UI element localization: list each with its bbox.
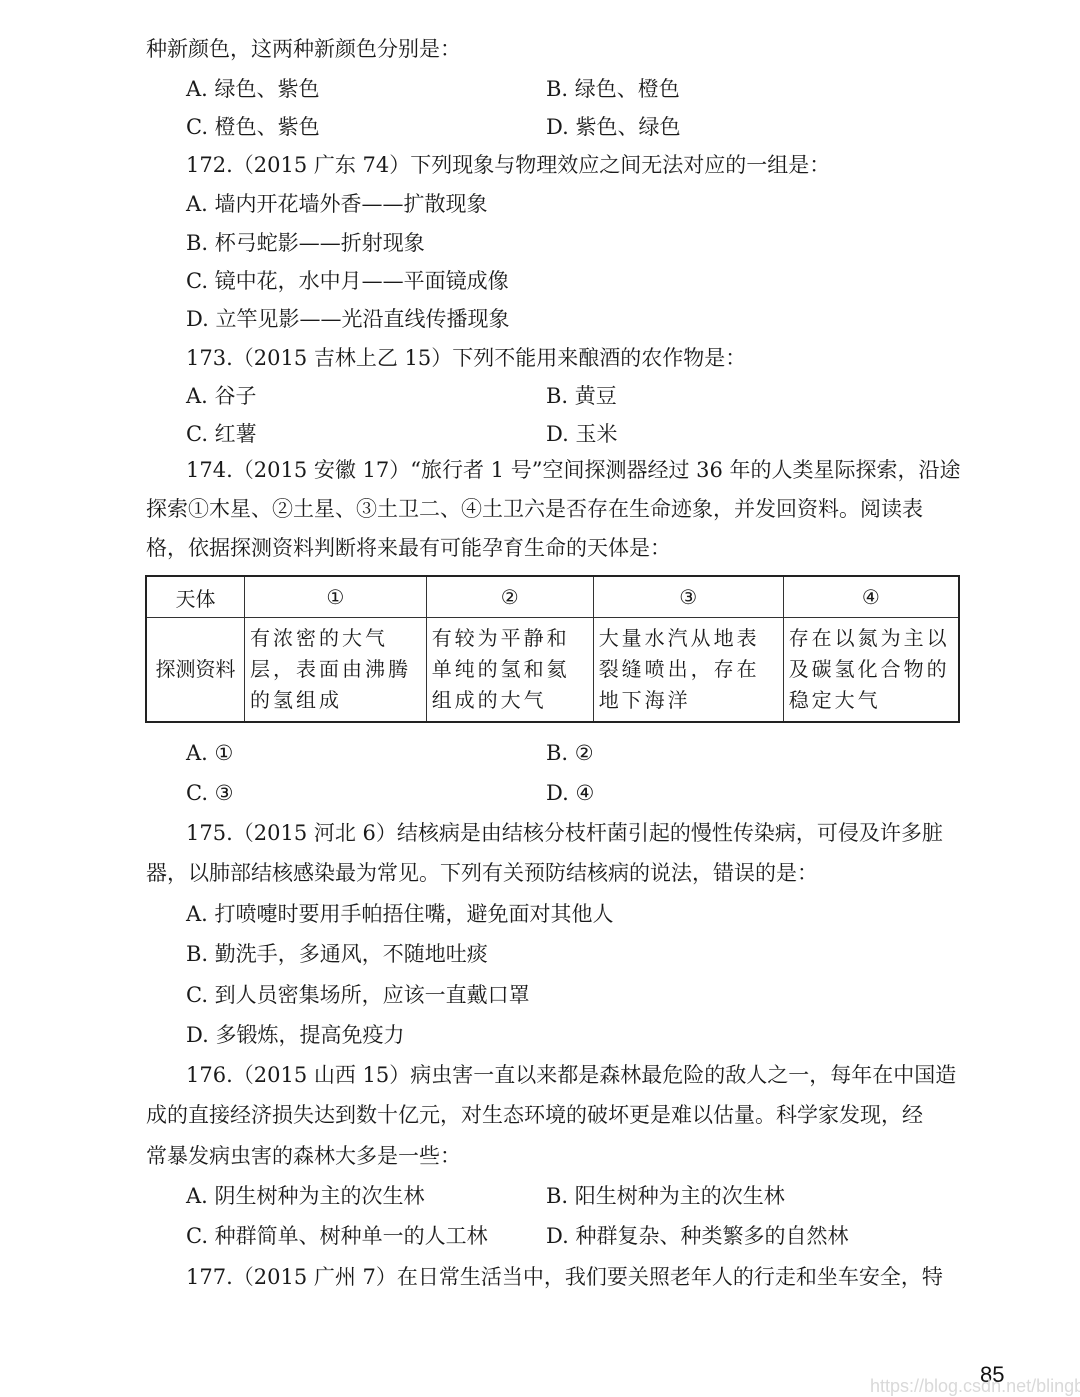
option-b: B. 绿色、橙色 <box>546 74 680 104</box>
table-row: 探测资料 有浓密的大气层，表面由沸腾的氢组成 有较为平静和单纯的氢和氦组成的大气… <box>146 618 959 723</box>
q174-option-d: D. ④ <box>546 778 594 808</box>
table-header-cell: ④ <box>783 576 959 618</box>
q175-stem-line2: 器，以肺部结核感染最为常见。下列有关预防结核病的说法，错误的是： <box>146 858 818 888</box>
option-d: D. 紫色、绿色 <box>546 112 680 142</box>
table-row-label: 探测资料 <box>146 618 245 723</box>
option-a: A. 绿色、紫色 <box>186 74 320 104</box>
q174-option-c: C. ③ <box>186 778 234 808</box>
q174-stem-line1: 174.（2015 安徽 17）“旅行者 1 号”空间探测器经过 36 年的人类… <box>186 455 961 485</box>
prev-question-tail: 种新颜色，这两种新颜色分别是： <box>146 34 461 64</box>
q172-option-c: C. 镜中花，水中月——平面镜成像 <box>186 266 509 296</box>
q172-option-d: D. 立竿见影——光沿直线传播现象 <box>186 304 509 334</box>
table-header-cell: ① <box>245 576 427 618</box>
q174-option-b: B. ② <box>546 738 594 768</box>
q174-option-a: A. ① <box>186 738 233 768</box>
q173-option-c: C. 红薯 <box>186 419 257 449</box>
table-cell: 有较为平静和单纯的氢和氦组成的大气 <box>426 618 593 723</box>
q176-stem-line1: 176.（2015 山西 15）病虫害一直以来都是森林最危险的敌人之一，每年在中… <box>186 1060 956 1090</box>
watermark: https://blog.csdn.net/blingbiu <box>870 1376 1080 1397</box>
q174-stem-line3: 格，依据探测资料判断将来最有可能孕育生命的天体是： <box>146 533 671 563</box>
q175-stem-line1: 175.（2015 河北 6）结核病是由结核分枝杆菌引起的慢性传染病，可侵及许多… <box>186 818 943 848</box>
table-header-cell: ③ <box>593 576 783 618</box>
q176-option-d: D. 种群复杂、种类繁多的自然林 <box>546 1221 848 1251</box>
q176-option-c: C. 种群简单、树种单一的人工林 <box>186 1221 488 1251</box>
q172-option-b: B. 杯弓蛇影——折射现象 <box>186 228 425 258</box>
q176-option-a: A. 阴生树种为主的次生林 <box>186 1181 425 1211</box>
q175-option-b: B. 勤洗手，多通风，不随地吐痰 <box>186 939 488 969</box>
option-c: C. 橙色、紫色 <box>186 112 320 142</box>
q173-option-d: D. 玉米 <box>546 419 617 449</box>
q173-stem: 173.（2015 吉林上乙 15）下列不能用来酿酒的农作物是： <box>186 343 746 373</box>
table-cell: 存在以氮为主以及碳氢化合物的稳定大气 <box>783 618 959 723</box>
q174-stem-line2: 探索①木星、②土星、③土卫二、④土卫六是否存在生命迹象，并发回资料。阅读表 <box>146 494 923 524</box>
table-header-cell: ② <box>426 576 593 618</box>
q175-option-a: A. 打喷嚏时要用手帕捂住嘴，避免面对其他人 <box>186 899 614 929</box>
table-header-row: 天体 ① ② ③ ④ <box>146 576 959 618</box>
q172-option-a: A. 墙内开花墙外香——扩散现象 <box>186 189 488 219</box>
q176-stem-line3: 常暴发病虫害的森林大多是一些： <box>146 1141 461 1171</box>
q177-stem: 177.（2015 广州 7）在日常生活当中，我们要关照老年人的行走和坐车安全，… <box>186 1262 943 1292</box>
q172-stem: 172.（2015 广东 74）下列现象与物理效应之间无法对应的一组是： <box>186 150 830 180</box>
table-header-cell: 天体 <box>146 576 245 618</box>
table-cell: 大量水汽从地表裂缝喷出，存在地下海洋 <box>593 618 783 723</box>
table-cell: 有浓密的大气层，表面由沸腾的氢组成 <box>245 618 427 723</box>
q173-option-a: A. 谷子 <box>186 381 257 411</box>
planet-data-table: 天体 ① ② ③ ④ 探测资料 有浓密的大气层，表面由沸腾的氢组成 有较为平静和… <box>145 575 960 723</box>
q176-stem-line2: 成的直接经济损失达到数十亿元，对生态环境的破坏更是难以估量。科学家发现，经 <box>146 1100 923 1130</box>
q175-option-d: D. 多锻炼，提高免疫力 <box>186 1020 404 1050</box>
q175-option-c: C. 到人员密集场所，应该一直戴口罩 <box>186 980 530 1010</box>
q173-option-b: B. 黄豆 <box>546 381 617 411</box>
q176-option-b: B. 阳生树种为主的次生林 <box>546 1181 785 1211</box>
